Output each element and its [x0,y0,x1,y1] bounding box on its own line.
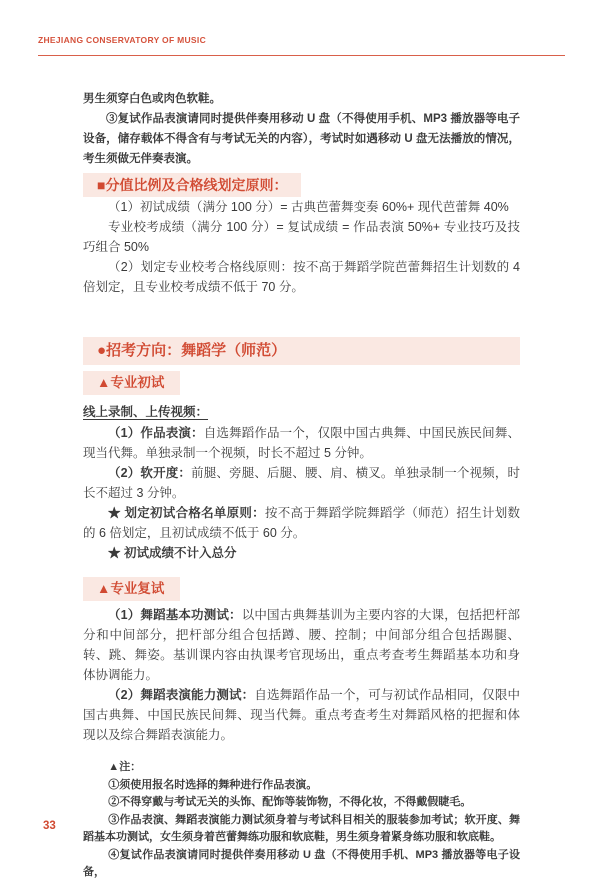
carryover-para: ③复试作品表演请同时提供伴奏用移动 U 盘（不得使用手机、MP3 播放器等电子设… [83,109,520,169]
carryover-paragraphs: 男生须穿白色或肉色软鞋。 ③复试作品表演请同时提供伴奏用移动 U 盘（不得使用手… [83,89,520,169]
score-para-1: （1）初试成绩（满分 100 分）= 古典芭蕾舞变奏 60%+ 现代芭蕾舞 40… [83,197,520,217]
first-round-item-2: （2）软开度：前腿、旁腿、后腿、腰、肩、横叉。单独录制一个视频，时长不超过 3 … [83,463,520,503]
score-para-2: 专业校考成绩（满分 100 分）= 复试成绩 = 作品表演 50%+ 专业技巧及… [83,217,520,257]
first-round-item-1: （1）作品表演：自选舞蹈作品一个，仅限中国古典舞、中国民族民间舞、现当代舞。单独… [83,423,520,463]
note-item-4: ④复试作品表演请同时提供伴奏用移动 U 盘（不得使用手机、MP3 播放器等电子设… [83,847,520,882]
first-round-banner: ▲专业初试 [83,371,180,395]
note-item-2: ②不得穿戴与考试无关的头饰、配饰等装饰物，不得化妆，不得戴假睫毛。 [83,794,520,812]
first-round-rule-lead: ★ 划定初试合格名单原则： [108,506,265,520]
carryover-line: 男生须穿白色或肉色软鞋。 [83,89,520,109]
document-page: ZHEJIANG CONSERVATORY OF MUSIC 男生须穿白色或肉色… [0,0,600,884]
second-round-item-2-lead: （2）舞蹈表演能力测试： [108,688,254,702]
direction-banner: ●招考方向：舞蹈学（师范） [83,337,520,365]
notes-block: ▲注： ①须使用报名时选择的舞种进行作品表演。 ②不得穿戴与考试无关的头饰、配饰… [83,759,520,882]
notes-heading-label: 注： [119,761,141,773]
note-item-3: ③作品表演、舞蹈表演能力测试须身着与考试科目相关的服装参加考试；软开度、舞蹈基本… [83,812,520,847]
page-header: ZHEJIANG CONSERVATORY OF MUSIC [38,30,565,56]
second-round-item-1-lead: （1）舞蹈基本功测试： [108,608,242,622]
score-section-heading-label: 分值比例及合格线划定原则： [105,177,287,193]
first-round-banner-label: 专业初试 [110,375,164,390]
page-number: 33 [43,820,56,832]
circle-bullet-icon: ● [97,342,106,359]
first-round-score-note: ★ 初试成绩不计入总分 [83,543,520,563]
direction-banner-label: 招考方向：舞蹈学（师范） [106,342,286,359]
first-round-item-2-lead: （2）软开度： [108,466,191,480]
score-para-3: （2）划定专业校考合格线原则：按不高于舞蹈学院芭蕾舞招生计划数的 4 倍划定，且… [83,257,520,297]
second-round-banner-label: 专业复试 [110,581,164,596]
second-round-item-2: （2）舞蹈表演能力测试：自选舞蹈作品一个，可与初试作品相同，仅限中国古典舞、中国… [83,685,520,745]
notes-heading: ▲注： [83,759,520,777]
first-round-score-note-text: ★ 初试成绩不计入总分 [108,546,236,560]
online-upload-heading: 线上录制、上传视频： [83,402,520,420]
score-section-heading: ■分值比例及合格线划定原则： [83,173,301,197]
triangle-bullet-icon: ▲ [108,761,119,773]
page-content: 男生须穿白色或肉色软鞋。 ③复试作品表演请同时提供伴奏用移动 U 盘（不得使用手… [83,89,520,882]
triangle-bullet-icon: ▲ [97,581,110,596]
brand-title: ZHEJIANG CONSERVATORY OF MUSIC [38,35,206,45]
second-round-banner: ▲专业复试 [83,577,180,601]
first-round-rule: ★ 划定初试合格名单原则：按不高于舞蹈学院舞蹈学（师范）招生计划数的 6 倍划定… [83,503,520,543]
triangle-bullet-icon: ▲ [97,375,110,390]
note-item-1: ①须使用报名时选择的舞种进行作品表演。 [83,777,520,795]
first-round-item-1-lead: （1）作品表演： [108,426,204,440]
second-round-item-1: （1）舞蹈基本功测试：以中国古典舞基训为主要内容的大课，包括把杆部分和中间部分，… [83,605,520,685]
